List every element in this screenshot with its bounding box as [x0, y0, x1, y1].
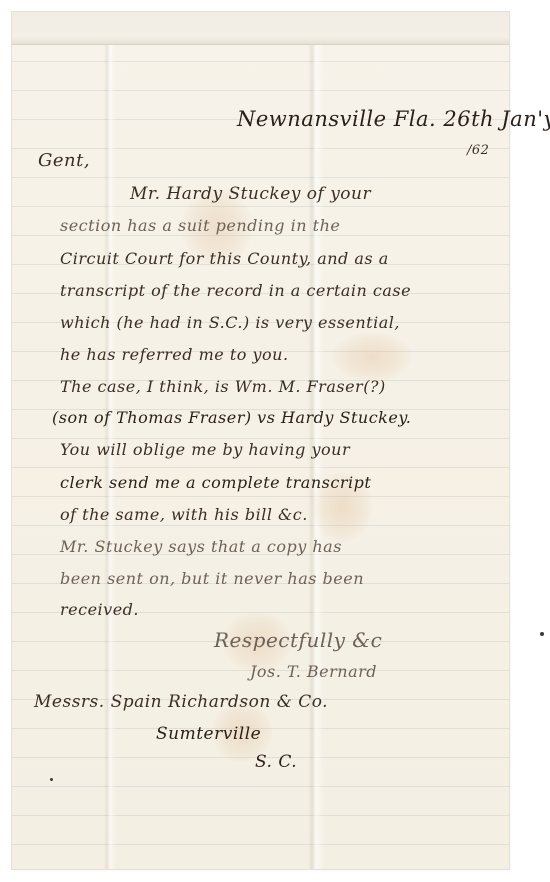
addressee-name: Messrs. Spain Richardson & Co.	[34, 694, 328, 711]
place-date: Newnansville Fla. 26th Jan'y	[237, 109, 550, 130]
year: /62	[467, 144, 489, 157]
body-line: Circuit Court for this County, and as a	[60, 251, 389, 267]
letter-scan: Newnansville Fla. 26th Jan'y /62 Gent, M…	[0, 0, 550, 882]
body-line: (son of Thomas Fraser) vs Hardy Stuckey.	[52, 410, 411, 426]
ink-spot	[540, 632, 544, 636]
addressee-state: S. C.	[255, 754, 297, 771]
body-line: transcript of the record in a certain ca…	[60, 283, 411, 299]
closing: Respectfully &c	[214, 630, 382, 650]
addressee-city: Sumterville	[156, 726, 261, 743]
paper-sheet: Newnansville Fla. 26th Jan'y /62 Gent, M…	[12, 12, 509, 869]
body-line: received.	[60, 602, 139, 618]
signature: Jos. T. Bernard	[250, 664, 377, 680]
body-line: which (he had in S.C.) is very essential…	[60, 315, 400, 331]
body-line: he has referred me to you.	[60, 347, 289, 363]
water-stain	[332, 332, 412, 382]
body-line: of the same, with his bill &c.	[60, 507, 308, 523]
body-line: clerk send me a complete transcript	[60, 475, 371, 491]
body-line: You will oblige me by having your	[60, 442, 350, 458]
body-line: section has a suit pending in the	[60, 218, 340, 234]
top-fold	[12, 12, 509, 45]
ink-spot	[50, 778, 53, 781]
body-line: Mr. Stuckey says that a copy has	[60, 539, 342, 555]
body-line: Mr. Hardy Stuckey of your	[130, 186, 371, 203]
salutation: Gent,	[38, 152, 90, 170]
body-line: been sent on, but it never has been	[60, 571, 364, 587]
body-line: The case, I think, is Wm. M. Fraser(?)	[60, 379, 386, 395]
